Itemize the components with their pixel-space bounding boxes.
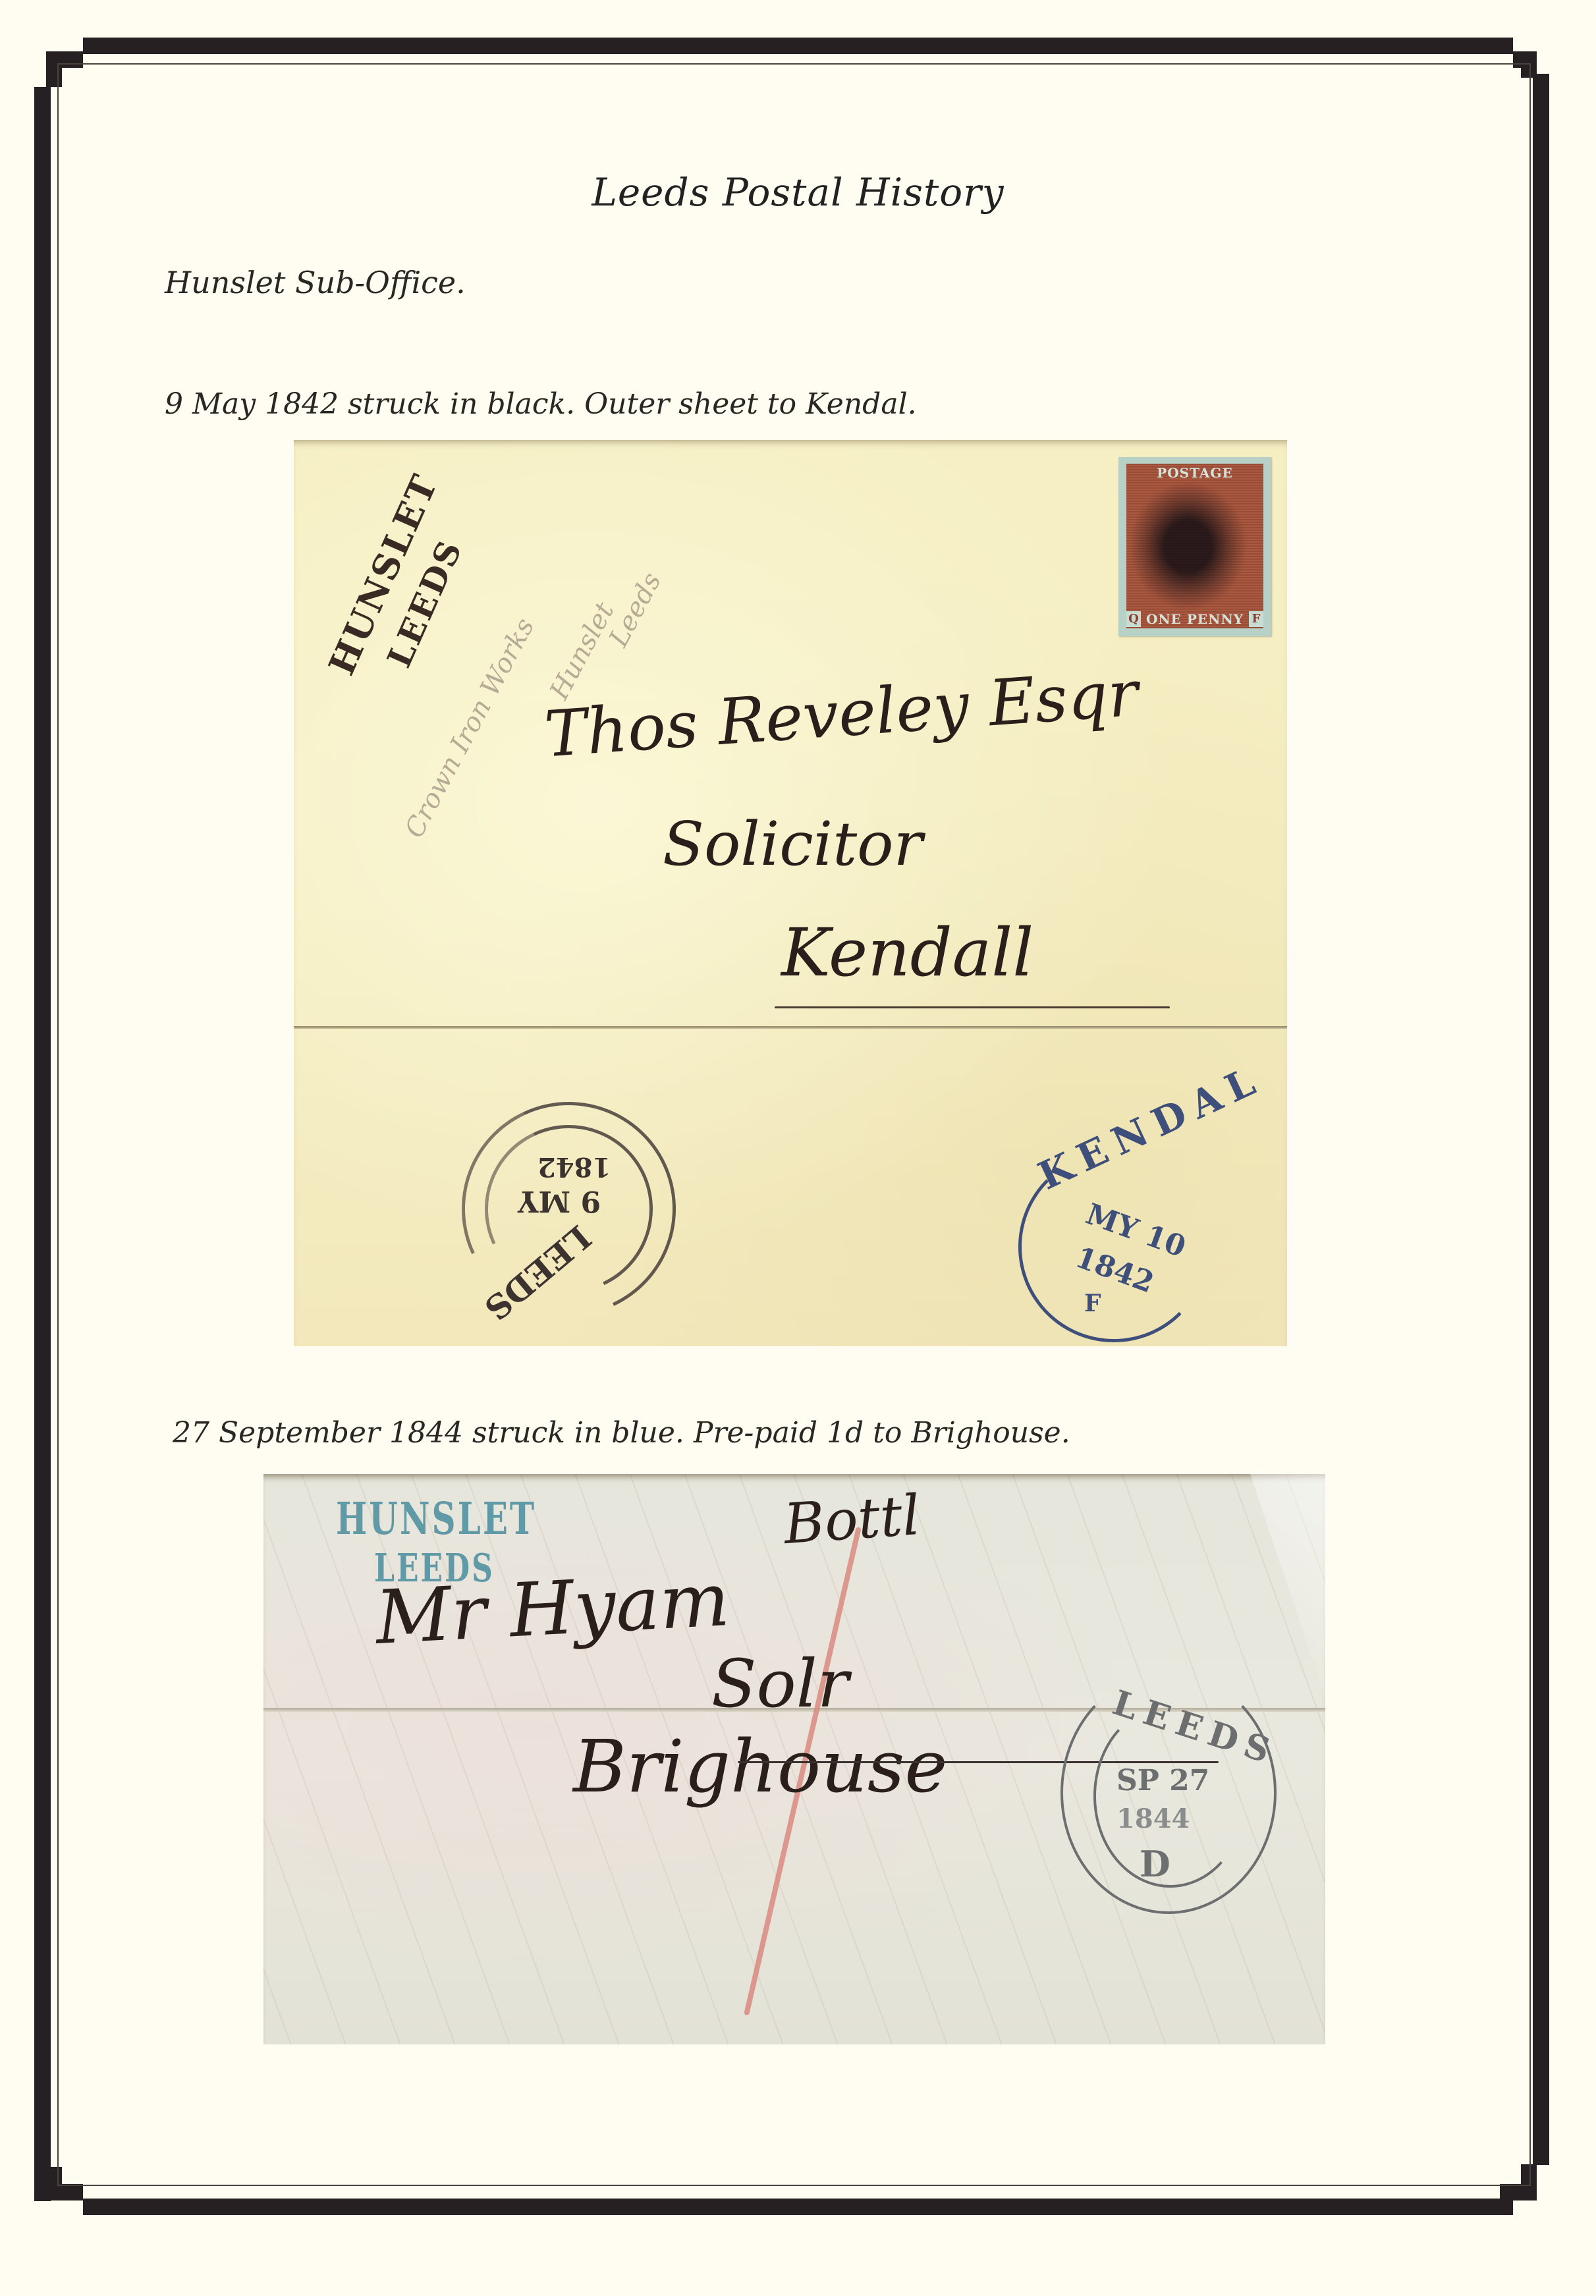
- penny-red-stamp: POSTAGE ONE PENNY Q F: [1118, 457, 1271, 636]
- stamp-bottom-label: ONE PENNY: [1126, 611, 1263, 627]
- backstamp-year: 1842: [537, 1151, 611, 1182]
- address-line-2: Solicitor: [663, 809, 923, 879]
- leeds-cds-code: D: [1140, 1843, 1170, 1885]
- border-top: [83, 38, 1513, 54]
- item-caption: 9 May 1842 struck in black. Outer sheet …: [165, 387, 917, 421]
- fold-line: [294, 1026, 1287, 1029]
- item-caption: 27 September 1844 struck in blue. Pre-pa…: [173, 1416, 1070, 1450]
- page-title: Leeds Postal History: [0, 170, 1596, 215]
- address-line-1: Thos Reveley Esqr: [542, 657, 1140, 772]
- backstamp-date: 9 MY: [518, 1184, 601, 1218]
- section-subtitle: Hunslet Sub-Office.: [165, 265, 466, 300]
- letter-cover-kendal: HUNSLET LEEDS Crown Iron Works Hunslet L…: [294, 440, 1287, 1346]
- hunslet-handstamp-blue: HUNSLET: [336, 1492, 536, 1545]
- address-line-2: Solr: [711, 1645, 849, 1722]
- border-bottom: [83, 2199, 1513, 2215]
- corner-flap: [1200, 1474, 1325, 1698]
- stamp-corner-letter-left: Q: [1126, 611, 1141, 627]
- border-left: [34, 87, 51, 2201]
- pencil-note: Hunslet: [544, 597, 620, 704]
- letter-cover-brighouse: HUNSLET LEEDS Bottl Mr Hyam Solr Brighou…: [263, 1474, 1325, 2044]
- stamp-top-label: POSTAGE: [1126, 465, 1263, 481]
- address-underline: [775, 1006, 1170, 1008]
- address-line-3: Kendall: [781, 914, 1033, 991]
- stamp-design: POSTAGE ONE PENNY Q F: [1126, 464, 1263, 628]
- border-right: [1533, 74, 1549, 2165]
- kendal-cds-code: F: [1084, 1290, 1101, 1317]
- leeds-cds-date: SP 27: [1116, 1764, 1209, 1797]
- stamp-corner-letter-right: F: [1249, 611, 1263, 627]
- address-line-3: Brighouse: [573, 1724, 947, 1809]
- address-line-1: Mr Hyam: [373, 1557, 732, 1661]
- leeds-cds-year: 1844: [1116, 1803, 1190, 1834]
